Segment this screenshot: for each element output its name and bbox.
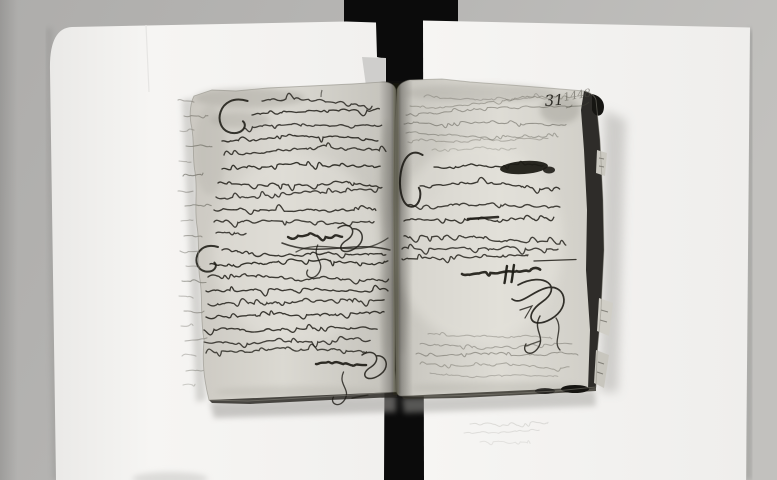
register-scan-photo: 31 1448 — [0, 0, 777, 480]
folio-number: 31 — [544, 91, 564, 110]
photo-vignette — [0, 0, 18, 480]
gutter-core-shadow — [393, 83, 399, 395]
right-manuscript-page: 31 1448 — [393, 79, 613, 445]
left-manuscript-page — [178, 82, 397, 405]
manuscript-scan-canvas: 31 1448 — [0, 0, 777, 480]
